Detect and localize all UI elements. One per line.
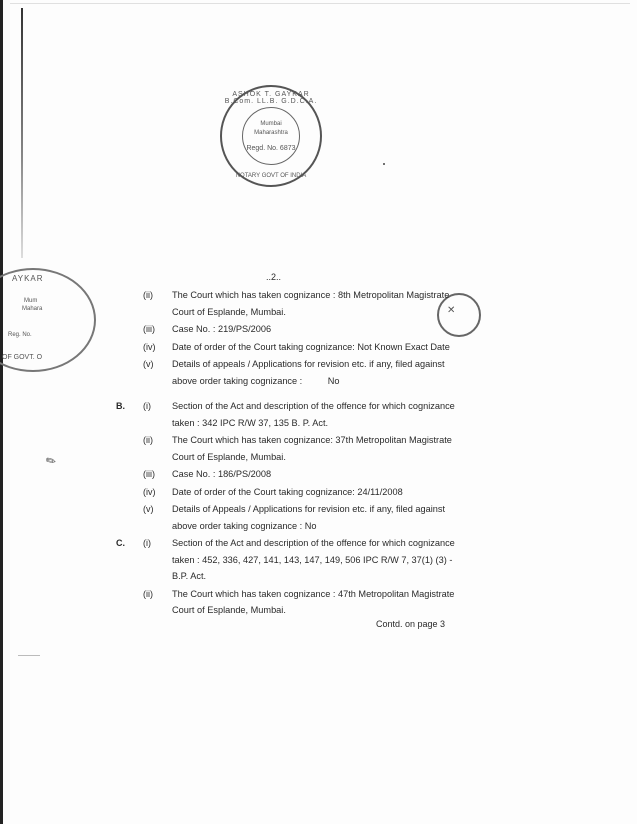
item-number: (iv) [143, 339, 156, 355]
item-number: (iv) [143, 484, 156, 500]
item-text: Court of Esplande, Mumbai. [172, 304, 457, 320]
notary-stamp-name: ASHOK T. GAYKAR B.Com. LL.B. G.D.C.A. [222, 91, 320, 105]
notary-stamp-inner-ring [242, 107, 300, 165]
item-text: above order taking cognizance : No [172, 373, 457, 389]
section-letter: C. [116, 535, 125, 551]
notary-stamp-state: Maharashtra [222, 130, 320, 136]
item-number: (ii) [143, 586, 153, 602]
top-border [10, 3, 630, 4]
notary-stamp-govt: NOTARY GOVT OF INDIA [222, 173, 320, 179]
notary-stamp: ASHOK T. GAYKAR B.Com. LL.B. G.D.C.A. Mu… [220, 85, 322, 187]
item-number: (iii) [143, 321, 155, 337]
item-text: Details of appeals / Applications for re… [172, 356, 457, 372]
partial-stamp-text: Reg. No. [8, 332, 32, 338]
item-text: The Court which has taken cognizance : 8… [172, 287, 457, 303]
pen-mark-icon: ✎ [43, 452, 59, 469]
notary-stamp-city: Mumbai [222, 121, 320, 127]
binding-line [21, 8, 23, 258]
partial-stamp-text: Mum [24, 298, 37, 304]
item-text: The Court which has taken cognizance: 37… [172, 432, 457, 448]
item-number: (v) [143, 501, 154, 517]
item-text: Details of Appeals / Applications for re… [172, 501, 457, 517]
partial-stamp-text: Mahara [22, 306, 42, 312]
partial-stamp-text: OF GOVT. O [2, 354, 42, 361]
section-letter: B. [116, 398, 125, 414]
item-text: B.P. Act. [172, 568, 457, 584]
item-text: above order taking cognizance : No [172, 518, 457, 534]
item-number: (ii) [143, 287, 153, 303]
item-text: Section of the Act and description of th… [172, 398, 457, 414]
item-text: Court of Esplande, Mumbai. [172, 602, 457, 618]
item-text: taken : 342 IPC R/W 37, 135 B. P. Act. [172, 415, 457, 431]
partial-stamp-text: AYKAR [12, 274, 44, 283]
continued-note: Contd. on page 3 [376, 619, 445, 629]
item-text: taken : 452, 336, 427, 141, 143, 147, 14… [172, 552, 457, 568]
item-text: Court of Esplande, Mumbai. [172, 449, 457, 465]
scanned-page: ASHOK T. GAYKAR B.Com. LL.B. G.D.C.A. Mu… [0, 0, 637, 824]
page-number: ..2.. [266, 272, 281, 282]
item-text: Case No. : 186/PS/2008 [172, 466, 457, 482]
scan-edge [0, 0, 3, 824]
item-text: Date of order of the Court taking cogniz… [172, 484, 457, 500]
item-number: (iii) [143, 466, 155, 482]
partial-notary-stamp: AYKAR Mum Mahara Reg. No. OF GOVT. O [0, 268, 96, 372]
item-number: (i) [143, 398, 151, 414]
item-number: (ii) [143, 432, 153, 448]
item-text: Case No. : 219/PS/2006 [172, 321, 457, 337]
item-text: The Court which has taken cognizance : 4… [172, 586, 457, 602]
margin-mark [18, 655, 40, 656]
notary-stamp-regd: Regd. No. 6873 [222, 145, 320, 152]
item-text: Date of order of the Court taking cogniz… [172, 339, 457, 355]
item-number: (i) [143, 535, 151, 551]
item-number: (v) [143, 356, 154, 372]
item-text: Section of the Act and description of th… [172, 535, 457, 551]
speck [383, 163, 385, 165]
